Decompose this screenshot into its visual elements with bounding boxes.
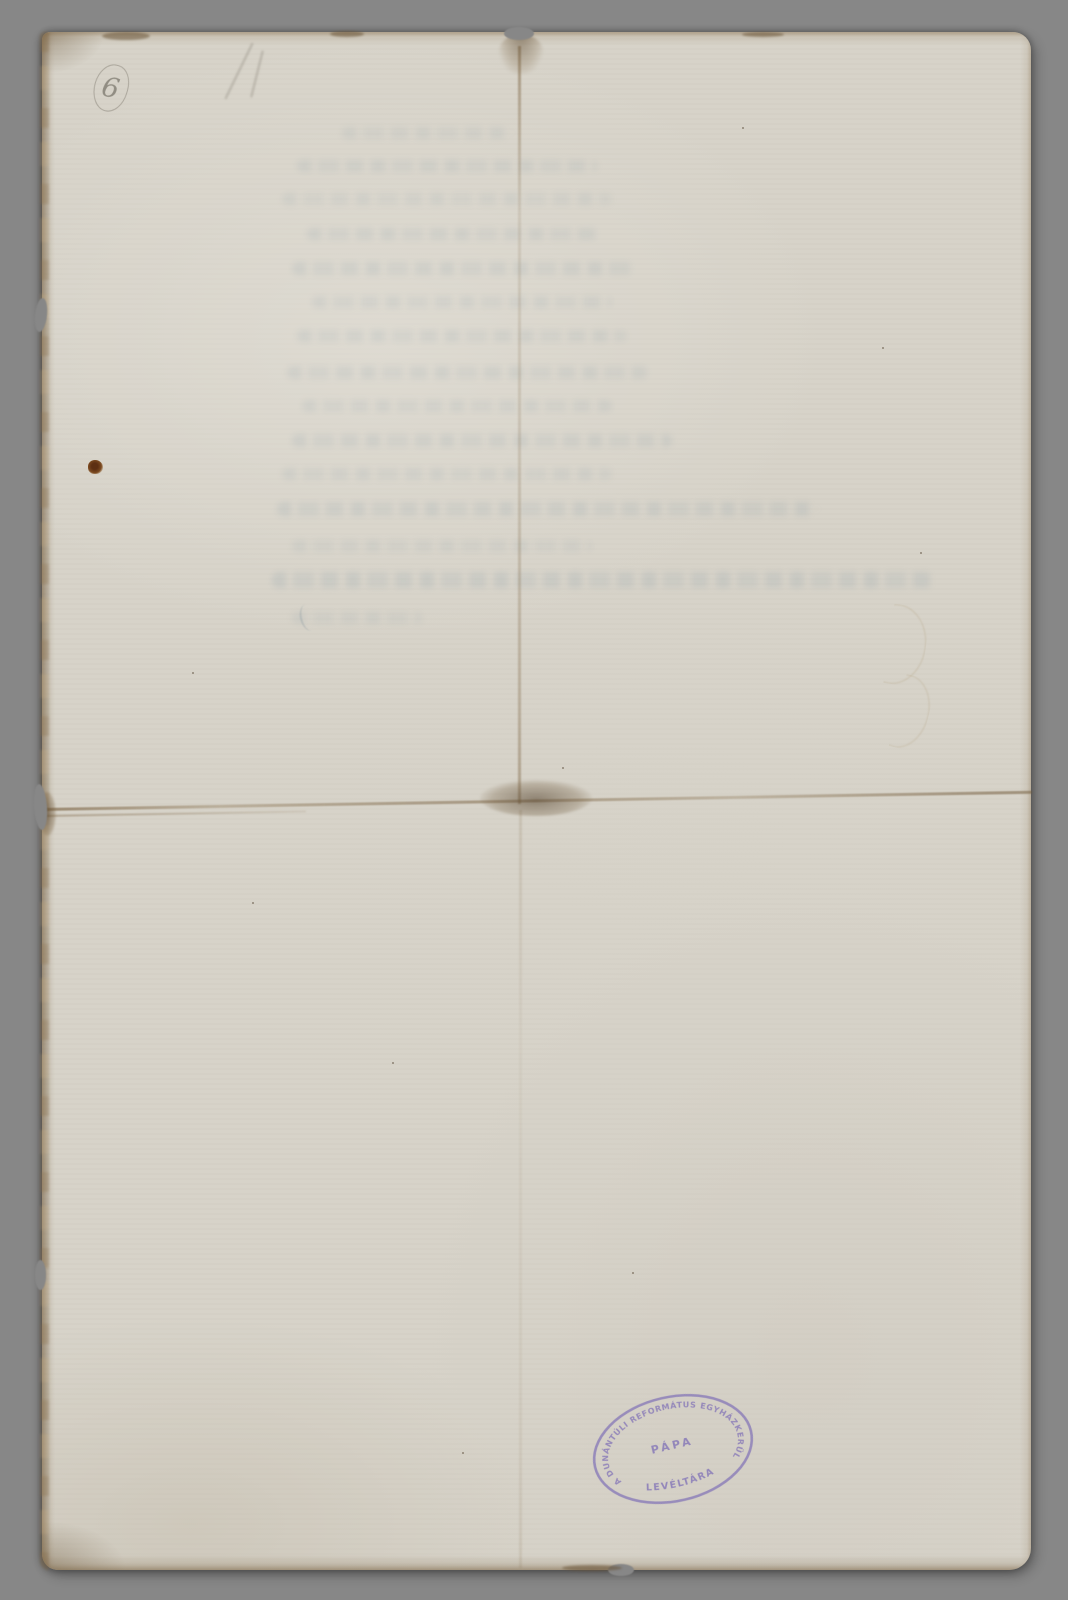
ghost-text-line bbox=[297, 330, 627, 342]
stamp-center-text: PÁPA bbox=[650, 1434, 695, 1456]
archive-stamp: A DUNÁNTÚLI REFORMÁTUS EGYHÁZKERÜLET PÁP… bbox=[560, 1358, 786, 1539]
pencil-smudge-stroke bbox=[225, 43, 254, 100]
ghost-text-line bbox=[282, 468, 612, 480]
paper-speck bbox=[252, 902, 254, 904]
ghost-text-line bbox=[307, 228, 597, 240]
water-stain-arc bbox=[857, 600, 932, 688]
left-edge-chip bbox=[35, 1260, 46, 1290]
stamp-arc-text: A DUNÁNTÚLI REFORMÁTUS EGYHÁZKERÜLET bbox=[560, 1358, 750, 1497]
fold-crease-vertical-upper bbox=[518, 46, 521, 804]
pencil-smudge-stroke bbox=[250, 50, 264, 97]
top-edge-stain bbox=[742, 32, 784, 37]
ghost-text-line bbox=[272, 572, 932, 588]
pencil-page-number: 6 bbox=[100, 73, 122, 103]
pencil-circle: 6 bbox=[88, 60, 134, 116]
paper-speck bbox=[742, 127, 744, 129]
crease-intersection-smudge bbox=[480, 780, 592, 816]
ghost-text-line bbox=[312, 296, 612, 308]
ghost-text-line bbox=[302, 400, 612, 412]
top-edge-notch bbox=[504, 27, 534, 40]
ghost-text-line bbox=[297, 160, 597, 172]
top-edge-stain bbox=[330, 31, 364, 37]
paper-speck bbox=[632, 1272, 634, 1274]
paper-speck bbox=[392, 1062, 394, 1064]
ghost-text-line bbox=[277, 502, 817, 516]
top-edge-stain bbox=[102, 32, 150, 40]
fold-crease-horizontal-double bbox=[46, 810, 306, 817]
paper-speck bbox=[920, 552, 922, 554]
bottom-edge-stain bbox=[562, 1565, 622, 1571]
paper-speck bbox=[192, 672, 194, 674]
ghost-letter-loop bbox=[297, 602, 320, 632]
ink-spot bbox=[88, 460, 103, 474]
ghost-text-line bbox=[292, 434, 672, 447]
fold-crease-vertical-lower bbox=[519, 810, 522, 1568]
paper-sheet: 6 A DUNÁNTÚLI REFORMÁTUS EGYHÁZKERÜLET P… bbox=[42, 32, 1031, 1570]
ghost-text-line bbox=[292, 262, 632, 275]
ghost-text-line bbox=[292, 540, 592, 552]
scanned-document-view: 6 A DUNÁNTÚLI REFORMÁTUS EGYHÁZKERÜLET P… bbox=[0, 0, 1068, 1600]
paper-speck bbox=[882, 347, 884, 349]
paper-speck bbox=[562, 767, 564, 769]
paper-speck bbox=[462, 1452, 464, 1454]
ghost-text-line bbox=[282, 193, 612, 205]
ghost-text-line bbox=[342, 127, 512, 139]
ghost-text-line bbox=[287, 366, 647, 379]
top-edge-fold-notch-shading bbox=[498, 34, 544, 74]
